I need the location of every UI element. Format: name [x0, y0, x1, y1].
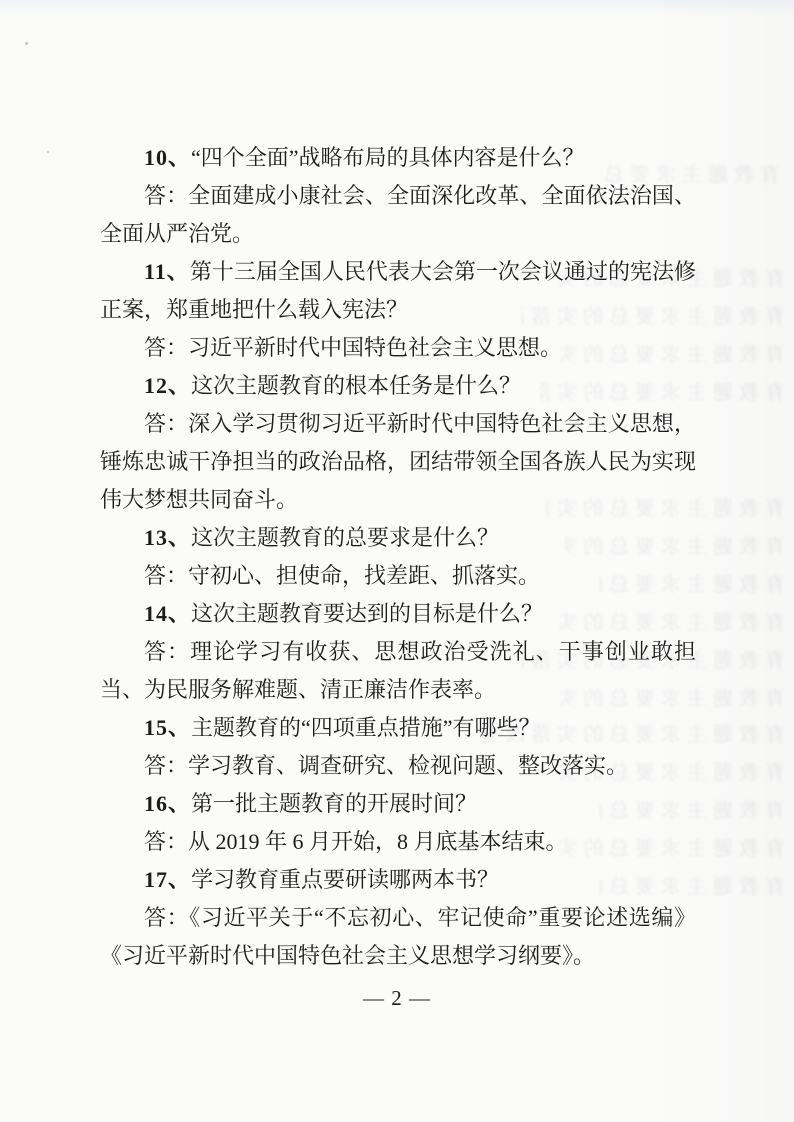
question-text: 主题教育的“四项重点措施”有哪些？	[191, 715, 541, 740]
question-text: 这次主题教育要达到的目标是什么？	[191, 601, 543, 626]
question-line: 17、学习教育重点要研读哪两本书？	[100, 861, 696, 899]
question-line: 11、第十三届全国人民代表大会第一次会议通过的宪法修正案，郑重地把什么载入宪法？	[100, 253, 696, 329]
question-text: “四个全面”战略布局的具体内容是什么？	[191, 145, 585, 170]
question-text: 学习教育重点要研读哪两本书？	[191, 867, 499, 892]
answer-line: 答：学习教育、调查研究、检视问题、整改落实。	[100, 747, 696, 785]
question-line: 10、“四个全面”战略布局的具体内容是什么？	[100, 139, 696, 177]
qa-item: 12、这次主题教育的根本任务是什么？ 答：深入学习贯彻习近平新时代中国特色社会主…	[100, 367, 696, 519]
qa-item: 10、“四个全面”战略布局的具体内容是什么？ 答：全面建成小康社会、全面深化改革…	[100, 139, 696, 253]
document-page: 育教题主求要总的实落改整题问视检究研查调想思义主会社色特国中育教题主求要总的实落…	[0, 0, 794, 1122]
qa-item: 16、第一批主题教育的开展时间？ 答：从 2019 年 6 月开始，8 月底基本…	[100, 785, 696, 861]
question-line: 13、这次主题教育的总要求是什么？	[100, 519, 696, 557]
question-number: 10、	[144, 145, 191, 170]
question-line: 12、这次主题教育的根本任务是什么？	[100, 367, 696, 405]
question-text: 这次主题教育的总要求是什么？	[191, 525, 499, 550]
question-line: 14、这次主题教育要达到的目标是什么？	[100, 595, 696, 633]
scan-speck	[47, 151, 49, 153]
question-number: 14、	[144, 601, 191, 626]
question-number: 12、	[144, 373, 191, 398]
qa-item: 15、主题教育的“四项重点措施”有哪些？ 答：学习教育、调查研究、检视问题、整改…	[100, 709, 696, 785]
answer-line: 答：全面建成小康社会、全面深化改革、全面依法治国、全面从严治党。	[100, 177, 696, 253]
question-text: 这次主题教育的根本任务是什么？	[191, 373, 521, 398]
qa-item: 11、第十三届全国人民代表大会第一次会议通过的宪法修正案，郑重地把什么载入宪法？…	[100, 253, 696, 367]
answer-line: 答：习近平新时代中国特色社会主义思想。	[100, 329, 696, 367]
question-number: 13、	[144, 525, 191, 550]
answer-line: 答：从 2019 年 6 月开始，8 月底基本结束。	[100, 823, 696, 861]
question-line: 16、第一批主题教育的开展时间？	[100, 785, 696, 823]
qa-item: 13、这次主题教育的总要求是什么？ 答：守初心、担使命，找差距、抓落实。	[100, 519, 696, 595]
question-text: 第十三届全国人民代表大会第一次会议通过的宪法修正案，郑重地把什么载入宪法？	[100, 259, 696, 322]
question-number: 11、	[144, 259, 190, 284]
qa-content: 10、“四个全面”战略布局的具体内容是什么？ 答：全面建成小康社会、全面深化改革…	[100, 139, 696, 975]
question-number: 15、	[144, 715, 191, 740]
scanner-edge-artifact	[0, 0, 794, 16]
answer-line: 答：《习近平关于“不忘初心、牢记使命”重要论述选编》《习近平新时代中国特色社会主…	[100, 899, 696, 975]
question-number: 16、	[144, 791, 191, 816]
question-text: 第一批主题教育的开展时间？	[191, 791, 477, 816]
answer-line: 答：深入学习贯彻习近平新时代中国特色社会主义思想，锤炼忠诚干净担当的政治品格，团…	[100, 405, 696, 519]
qa-item: 14、这次主题教育要达到的目标是什么？ 答：理论学习有收获、思想政治受洗礼、干事…	[100, 595, 696, 709]
qa-item: 17、学习教育重点要研读哪两本书？ 答：《习近平关于“不忘初心、牢记使命”重要论…	[100, 861, 696, 975]
question-line: 15、主题教育的“四项重点措施”有哪些？	[100, 709, 696, 747]
question-number: 17、	[144, 867, 191, 892]
answer-line: 答：理论学习有收获、思想政治受洗礼、干事创业敢担当、为民服务解难题、清正廉洁作表…	[100, 633, 696, 709]
page-number: — 2 —	[0, 986, 794, 1011]
answer-line: 答：守初心、担使命，找差距、抓落实。	[100, 557, 696, 595]
scan-speck	[25, 42, 28, 45]
